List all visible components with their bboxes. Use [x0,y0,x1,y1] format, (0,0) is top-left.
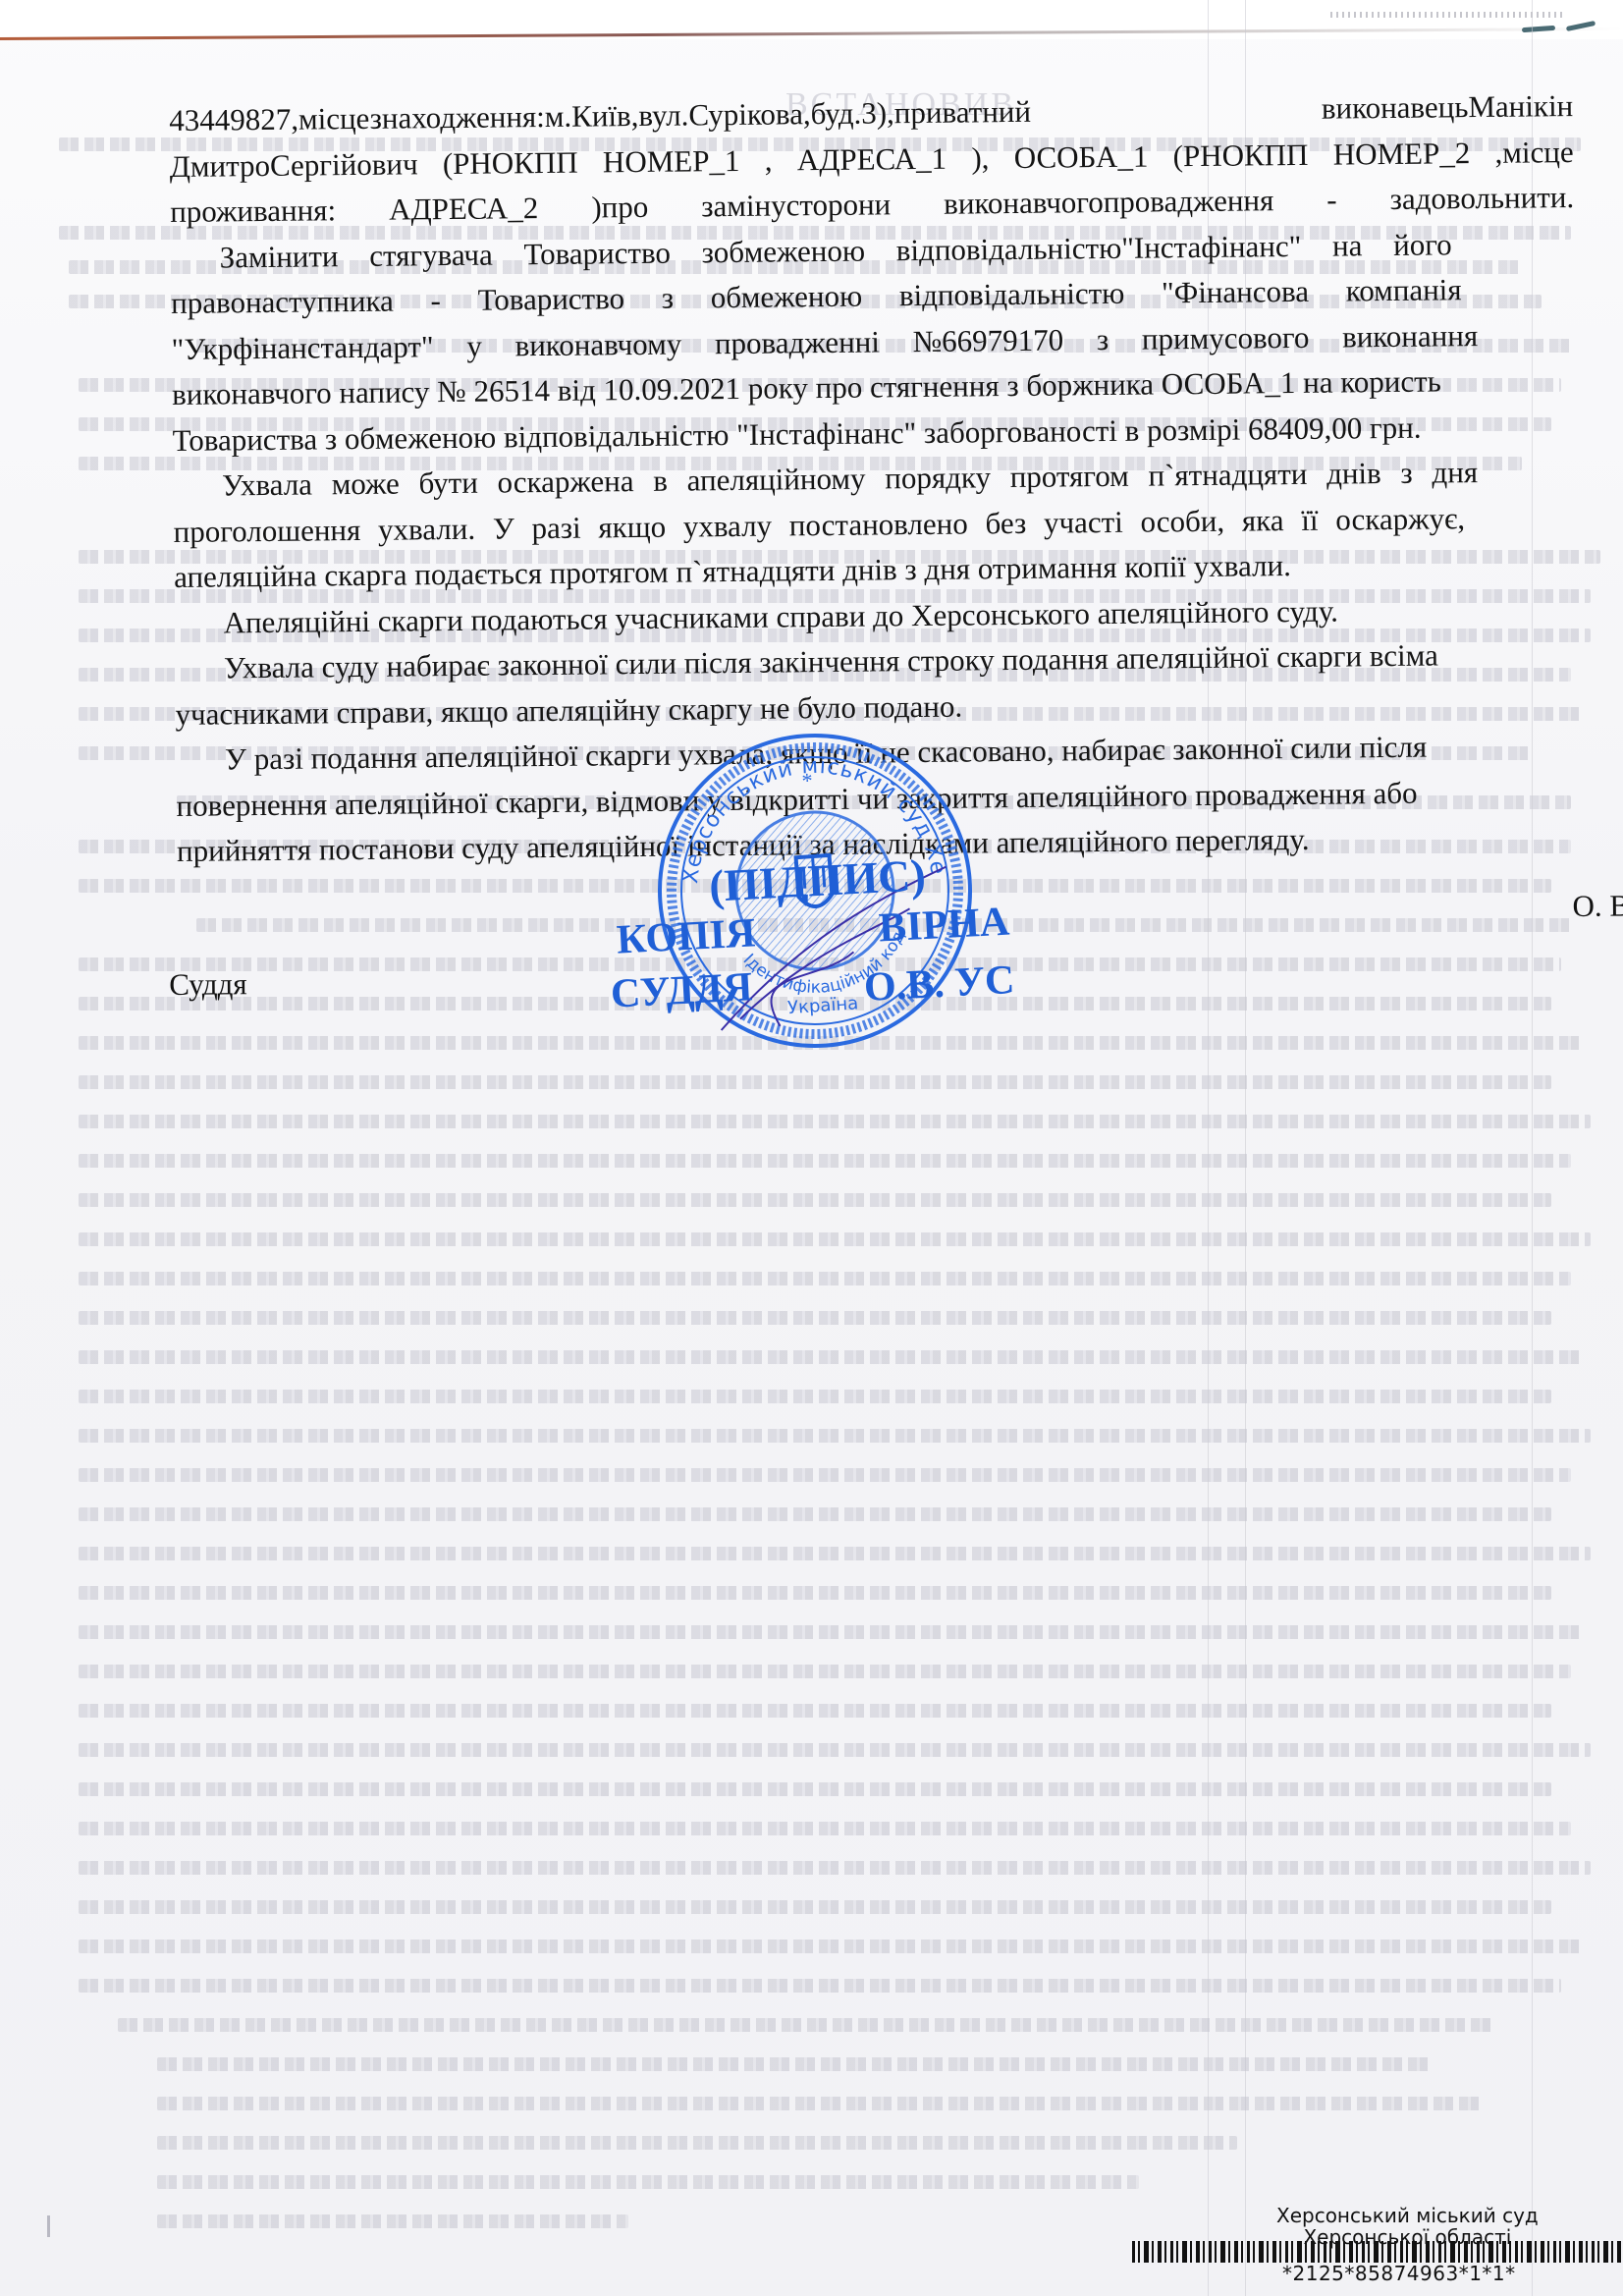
paragraph-appeal-terms: Ухвала може бути оскаржена в апеляційном… [173,449,1578,600]
scan-artifact-marks [1330,12,1566,18]
barcode-number: *2125*85874963*1*1* [1282,2262,1516,2285]
paragraph-replace-creditor: Замінити стягувача Товариство зобмеженою… [170,221,1576,464]
paragraph-parties: 43449827,місцезнаходження:м.Київ,вул.Сур… [169,83,1574,235]
stamp-judge-name: О.В. УС [863,957,1016,1011]
scanned-page: ВСТАНОВИВ [0,0,1623,2296]
svg-text:Україна: Україна [786,993,858,1018]
court-name: Херсонський міський суд [1276,2205,1539,2226]
text-line: виконавецьМанікін [1322,83,1574,132]
judge-label: Суддя [169,966,247,1003]
stamp-judge-label: СУДДЯ [610,963,754,1017]
paragraph-legal-force: Ухвала суду набирає законної сили після … [175,631,1580,738]
text-line: 43449827,місцезнаходження:м.Київ,вул.Сур… [169,89,1031,144]
svg-text:*: * [801,768,814,793]
judge-name: О. В. Ус [1572,888,1623,924]
scan-artifact-mark [47,2215,50,2237]
barcode-icon [1132,2241,1623,2263]
stamp-copy-label: КОПІЯ [616,909,757,963]
stamp-true-label: ВІРНА [878,899,1010,953]
